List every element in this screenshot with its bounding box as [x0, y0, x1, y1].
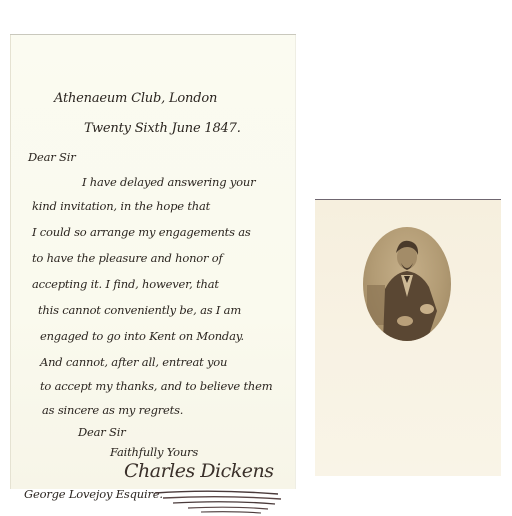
portrait-card [315, 199, 501, 476]
letter-closing-salutation: Dear Sir [78, 425, 126, 439]
letter-line: to accept my thanks, and to believe them [40, 379, 272, 393]
oval-portrait-photo [363, 227, 451, 341]
letter-line: this cannot conveniently be, as I am [38, 303, 241, 317]
handwritten-letter: Athenaeum Club, London Twenty Sixth June… [10, 34, 296, 489]
letter-line: kind invitation, in the hope that [32, 199, 210, 213]
letter-line: as sincere as my regrets. [42, 403, 183, 417]
letter-line: I could so arrange my engagements as [32, 225, 251, 239]
signature: Charles Dickens [124, 460, 274, 482]
letter-line: engaged to go into Kent on Monday. [40, 329, 244, 343]
letter-address: Athenaeum Club, London [54, 91, 217, 106]
letter-closing: Faithfully Yours [110, 445, 198, 459]
letter-line: I have delayed answering your [82, 175, 255, 189]
letter-line: And cannot, after all, entreat you [40, 355, 227, 369]
letter-date: Twenty Sixth June 1847. [84, 121, 241, 136]
seated-man-figure [363, 227, 451, 341]
signature-flourish [153, 487, 283, 515]
letter-line: to have the pleasure and honor of [32, 251, 223, 265]
letter-salutation: Dear Sir [28, 150, 76, 164]
letter-addressee: George Lovejoy Esquire. [24, 487, 163, 501]
letter-line: accepting it. I find, however, that [32, 277, 219, 291]
